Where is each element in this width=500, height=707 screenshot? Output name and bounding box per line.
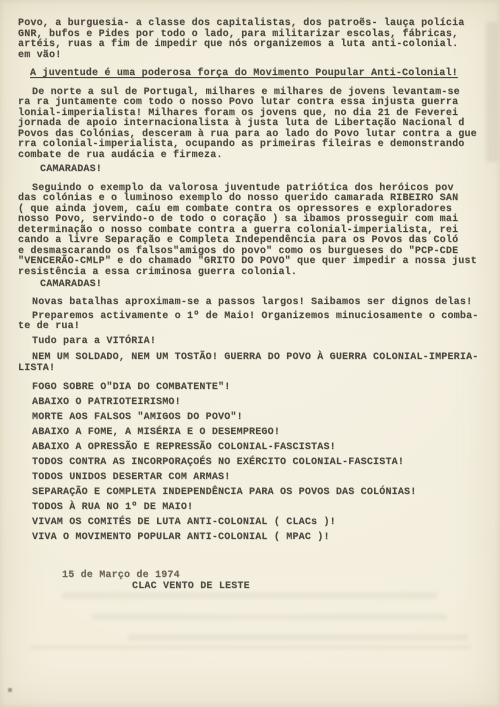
leaflet-text: Povo, a burguesia- a classe dos capitali…	[18, 19, 500, 592]
paragraph-victory: Tudo para a VITÓRIA!	[18, 337, 500, 348]
slogan-line: ABAIXO A OPRESSÃO E REPRESSÃO COLONIAL-F…	[32, 443, 500, 454]
slogan-line: VIVAM OS COMITÉS DE LUTA ANTI-COLONIAL (…	[32, 518, 500, 529]
slogan-line: MORTE AOS FALSOS "AMIGOS DO POVO"!	[32, 413, 500, 424]
paragraph-youth: De norte a sul de Portugal, milhares e m…	[18, 88, 500, 162]
slogan-line: TODOS UNIDOS DESERTAR COM ARMAS!	[32, 473, 500, 484]
slogan-line: VIVA O MOVIMENTO POPULAR ANTI-COLONIAL (…	[32, 533, 500, 544]
slogan-line: TODOS À RUA NO 1º DE MAIO!	[32, 503, 500, 514]
footer-line: 15 de Março de 1974 CLAC VENTO DE LESTE	[18, 561, 500, 593]
slogan-line: ABAIXO A FOME, A MISÉRIA E O DESEMPREGO!	[32, 428, 500, 439]
paragraph-intro: Povo, a burguesia- a classe dos capitali…	[18, 19, 500, 61]
slogan-soldier: NEM UM SOLDADO, NEM UM TOSTÃO! GUERRA DO…	[18, 353, 500, 374]
paragraph-example: Seguindo o exemplo da valorosa juventude…	[18, 184, 500, 279]
slogan-line: FOGO SOBRE O"DIA DO COMBATENTE"!	[32, 383, 500, 394]
slogan-line: ABAIXO O PATRIOTEIRISMO!	[32, 398, 500, 409]
salutation-camaradas-1: CAMARADAS!	[18, 165, 500, 176]
salutation-camaradas-2: CAMARADAS!	[18, 280, 500, 291]
slogan-list: FOGO SOBRE O"DIA DO COMBATENTE"! ABAIXO …	[18, 383, 500, 544]
signature-clac: CLAC VENTO DE LESTE	[132, 581, 250, 592]
paragraph-may-day: Preparemos activamente o 1º de Maio! Org…	[18, 312, 500, 333]
ink-speck	[8, 688, 12, 692]
paragraph-battles: Novas batalhas aproximam-se a passos lar…	[18, 298, 500, 309]
document-date: 15 de Março de 1974	[62, 570, 180, 581]
underlined-heading: A juventude é uma poderosa força do Movi…	[18, 69, 500, 80]
slogan-line: SEPARAÇÃO E COMPLETA INDEPENDÊNCIA PARA …	[32, 488, 500, 499]
slogan-line: TODOS CONTRA AS INCORPORAÇOÉS NO EXÉRCIT…	[32, 458, 500, 469]
